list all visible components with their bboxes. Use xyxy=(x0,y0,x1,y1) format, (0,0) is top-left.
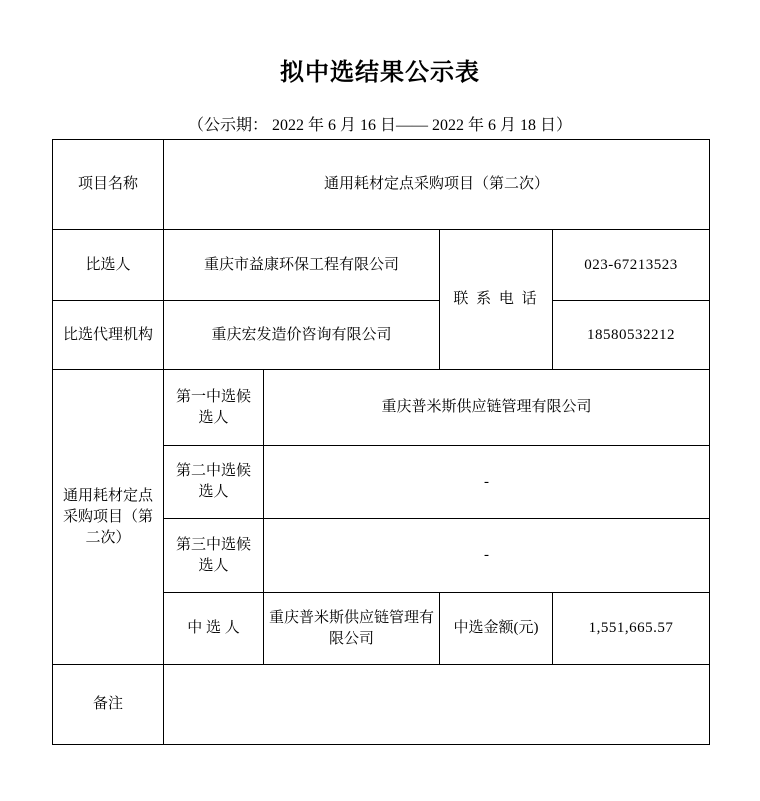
publicity-period-line: （公示期： 2022 年 6 月 16 日—— 2022 年 6 月 18 日） xyxy=(0,112,760,135)
remarks-value-cell xyxy=(164,665,710,745)
winner-label-cell: 中 选 人 xyxy=(164,593,264,665)
project-name-value-cell: 通用耗材定点采购项目（第二次） xyxy=(164,140,710,230)
winner-value-cell: 重庆普米斯供应链管理有限公司 xyxy=(264,593,440,665)
project-name-label-cell: 项目名称 xyxy=(53,140,164,230)
candidate-2-value-cell: - xyxy=(264,446,710,519)
comparer-phone-cell: 023-67213523 xyxy=(553,230,710,301)
row-candidate-1: 通用耗材定点采购项目（第二次） 第一中选候选人 重庆普米斯供应链管理有限公司 xyxy=(53,370,710,446)
candidate-3-label-cell: 第三中选候选人 xyxy=(164,519,264,593)
contact-phone-label-cell: 联 系 电 话 xyxy=(440,230,553,370)
agency-value-cell: 重庆宏发造价咨询有限公司 xyxy=(164,301,440,370)
row-project-name: 项目名称 通用耗材定点采购项目（第二次） xyxy=(53,140,710,230)
candidate-1-value-cell: 重庆普米斯供应链管理有限公司 xyxy=(264,370,710,446)
project-group-label-cell: 通用耗材定点采购项目（第二次） xyxy=(53,370,164,665)
amount-value-cell: 1,551,665.57 xyxy=(553,593,710,665)
page-title: 拟中选结果公示表 xyxy=(0,52,760,87)
result-table: 项目名称 通用耗材定点采购项目（第二次） 比选人 重庆市益康环保工程有限公司 联… xyxy=(52,139,710,745)
candidate-1-label-cell: 第一中选候选人 xyxy=(164,370,264,446)
remarks-label-cell: 备注 xyxy=(53,665,164,745)
row-agency: 比选代理机构 重庆宏发造价咨询有限公司 18580532212 xyxy=(53,301,710,370)
comparer-label-cell: 比选人 xyxy=(53,230,164,301)
row-comparer: 比选人 重庆市益康环保工程有限公司 联 系 电 话 023-67213523 xyxy=(53,230,710,301)
comparer-value-cell: 重庆市益康环保工程有限公司 xyxy=(164,230,440,301)
agency-phone-cell: 18580532212 xyxy=(553,301,710,370)
candidate-2-label-cell: 第二中选候选人 xyxy=(164,446,264,519)
amount-label-cell: 中选金额(元) xyxy=(440,593,553,665)
candidate-3-value-cell: - xyxy=(264,519,710,593)
agency-label-cell: 比选代理机构 xyxy=(53,301,164,370)
row-remarks: 备注 xyxy=(53,665,710,745)
